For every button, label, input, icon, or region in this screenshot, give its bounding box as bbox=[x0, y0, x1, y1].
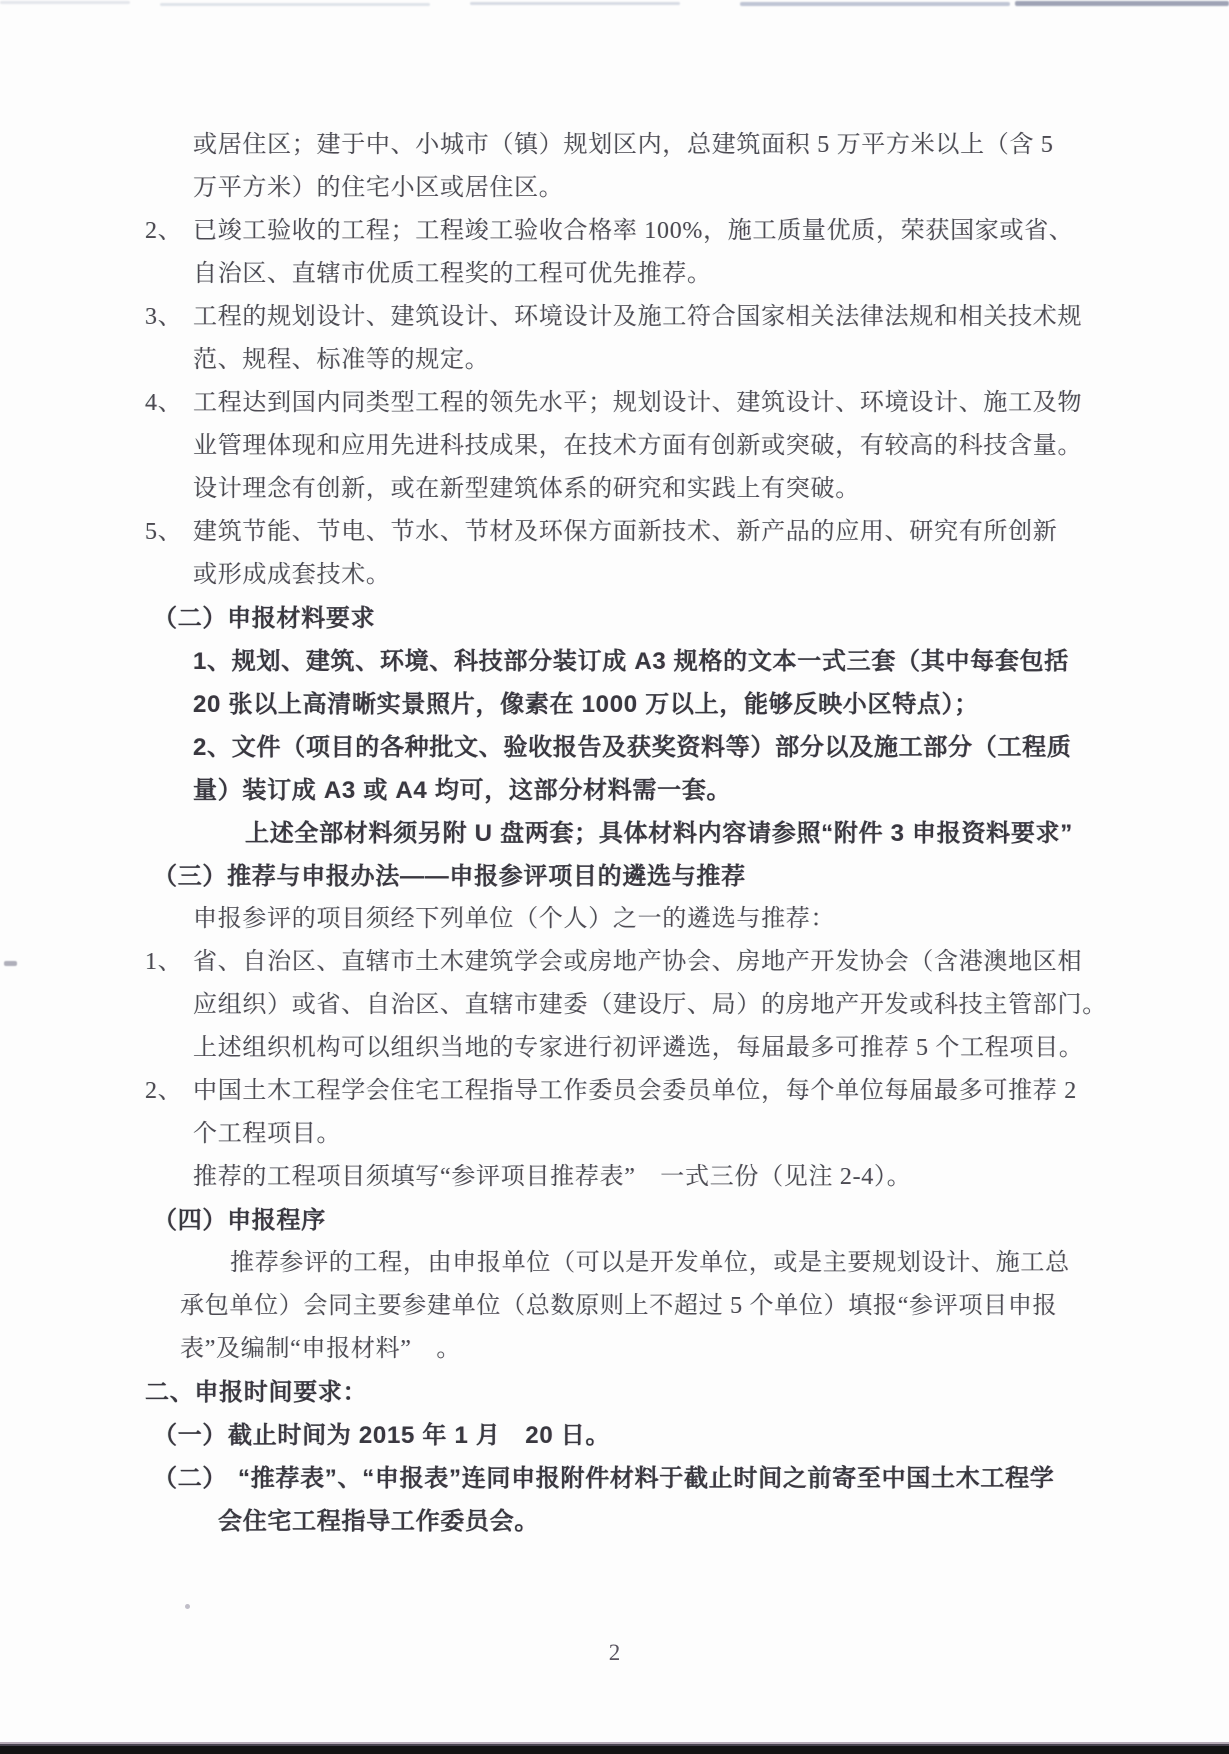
section-2-heading: （二）申报材料要求 bbox=[153, 597, 1229, 640]
list-item-3: 3、工程的规划设计、建筑设计、环境设计及施工符合国家相关法律法规和相关技术规 bbox=[145, 296, 1229, 339]
item-label: （二） bbox=[153, 1457, 238, 1500]
doc-line: 表”及编制“申报材料” 。 bbox=[180, 1328, 1229, 1371]
list-item-5: 5、建筑节能、节电、节水、节材及环保方面新技术、新产品的应用、研究有所创新 bbox=[145, 511, 1229, 554]
list-number: 2、 bbox=[145, 1070, 193, 1113]
section-2-note: 上述全部材料须另附 U 盘两套；具体材料内容请参照“附件 3 申报资料要求” bbox=[245, 812, 1229, 855]
scanned-document-page: 或居住区；建于中、小城市（镇）规划区内，总建筑面积 5 万平方米以上（含 5 万… bbox=[0, 0, 1229, 1754]
scan-top-edge-artifact bbox=[0, 0, 1229, 10]
doc-line: 1、规划、建筑、环境、科技部分装订成 A3 规格的文本一式三套（其中每套包括 bbox=[193, 640, 1229, 683]
doc-line: 量）装订成 A3 或 A4 均可，这部分材料需一套。 bbox=[193, 769, 1229, 812]
doc-line: 已竣工验收的工程；工程竣工验收合格率 100%，施工质量优质，荣获国家或省、 bbox=[193, 218, 1074, 244]
doc-line: 2、文件（项目的各种批文、验收报告及获奖资料等）部分以及施工部分（工程质 bbox=[193, 726, 1229, 769]
doc-line: 建筑节能、节电、节水、节材及环保方面新技术、新产品的应用、研究有所创新 bbox=[193, 519, 1058, 545]
document-body: 或居住区；建于中、小城市（镇）规划区内，总建筑面积 5 万平方米以上（含 5 万… bbox=[0, 124, 1229, 1543]
doc-line: 范、规程、标准等的规定。 bbox=[193, 339, 1229, 382]
doc-line: 工程达到国内同类型工程的领先水平；规划设计、建筑设计、环境设计、施工及物 bbox=[193, 390, 1082, 416]
item-label: （一） bbox=[153, 1414, 228, 1457]
part-2-item-2: （二）“推荐表”、“申报表”连同申报附件材料于截止时间之前寄至中国土木工程学 bbox=[153, 1457, 1229, 1500]
doc-line: 个工程项目。 bbox=[193, 1113, 1229, 1156]
list-item-2: 2、已竣工验收的工程；工程竣工验收合格率 100%，施工质量优质，荣获国家或省、 bbox=[145, 210, 1229, 253]
doc-line: 或形成成套技术。 bbox=[193, 554, 1229, 597]
doc-line: 或居住区；建于中、小城市（镇）规划区内，总建筑面积 5 万平方米以上（含 5 bbox=[193, 124, 1229, 167]
list-item-1: 1、省、自治区、直辖市土木建筑学会或房地产协会、房地产开发协会（含港澳地区相 bbox=[145, 941, 1229, 984]
part-2-heading: 二、申报时间要求： bbox=[145, 1371, 1229, 1414]
list-number: 1、 bbox=[145, 941, 193, 984]
section-3-note: 推荐的工程项目须填写“参评项目推荐表” 一式三份（见注 2-4）。 bbox=[193, 1156, 1229, 1199]
scan-speckle bbox=[185, 1604, 190, 1609]
doc-line: 中国土木工程学会住宅工程指导工作委员会委员单位，每个单位每届最多可推荐 2 bbox=[193, 1078, 1077, 1104]
scan-bottom-edge-artifact bbox=[0, 1742, 1229, 1754]
doc-line: 设计理念有创新，或在新型建筑体系的研究和实践上有突破。 bbox=[193, 468, 1229, 511]
scan-speckle bbox=[4, 961, 17, 966]
doc-line: 业管理体现和应用先进科技成果，在技术方面有创新或突破，有较高的科技含量。 bbox=[193, 425, 1229, 468]
doc-line: 会住宅工程指导工作委员会。 bbox=[218, 1500, 1229, 1543]
list-number: 2、 bbox=[145, 210, 193, 253]
list-number: 3、 bbox=[145, 296, 193, 339]
doc-line: 上述组织机构可以组织当地的专家进行初评遴选，每届最多可推荐 5 个工程项目。 bbox=[193, 1027, 1229, 1070]
list-item-4: 4、工程达到国内同类型工程的领先水平；规划设计、建筑设计、环境设计、施工及物 bbox=[145, 382, 1229, 425]
list-item-2: 2、中国土木工程学会住宅工程指导工作委员会委员单位，每个单位每届最多可推荐 2 bbox=[145, 1070, 1229, 1113]
doc-line: 20 张以上高清晰实景照片，像素在 1000 万以上，能够反映小区特点）； bbox=[193, 683, 1229, 726]
doc-line: 自治区、直辖市优质工程奖的工程可优先推荐。 bbox=[193, 253, 1229, 296]
section-3-lead: 申报参评的项目须经下列单位（个人）之一的遴选与推荐： bbox=[193, 898, 1229, 941]
doc-line: 推荐参评的工程，由申报单位（可以是开发单位，或是主要规划设计、施工总 bbox=[230, 1242, 1229, 1285]
section-3-heading: （三）推荐与申报办法——申报参评项目的遴选与推荐 bbox=[153, 855, 1229, 898]
doc-line: 省、自治区、直辖市土木建筑学会或房地产协会、房地产开发协会（含港澳地区相 bbox=[193, 949, 1082, 975]
section-4-heading: （四）申报程序 bbox=[153, 1199, 1229, 1242]
doc-line: 应组织）或省、自治区、直辖市建委（建设厅、局）的房地产开发或科技主管部门。 bbox=[193, 984, 1229, 1027]
doc-line: 承包单位）会同主要参建单位（总数原则上不超过 5 个单位）填报“参评项目申报 bbox=[180, 1285, 1229, 1328]
doc-line: 万平方米）的住宅小区或居住区。 bbox=[193, 167, 1229, 210]
part-2-item-1: （一）截止时间为 2015 年 1 月 20 日。 bbox=[153, 1414, 1229, 1457]
doc-line: 工程的规划设计、建筑设计、环境设计及施工符合国家相关法律法规和相关技术规 bbox=[193, 304, 1082, 330]
list-number: 4、 bbox=[145, 382, 193, 425]
doc-line: 截止时间为 2015 年 1 月 20 日。 bbox=[228, 1422, 610, 1449]
list-number: 5、 bbox=[145, 511, 193, 554]
page-number: 2 bbox=[0, 1640, 1229, 1666]
doc-line: “推荐表”、“申报表”连同申报附件材料于截止时间之前寄至中国土木工程学 bbox=[238, 1465, 1055, 1492]
